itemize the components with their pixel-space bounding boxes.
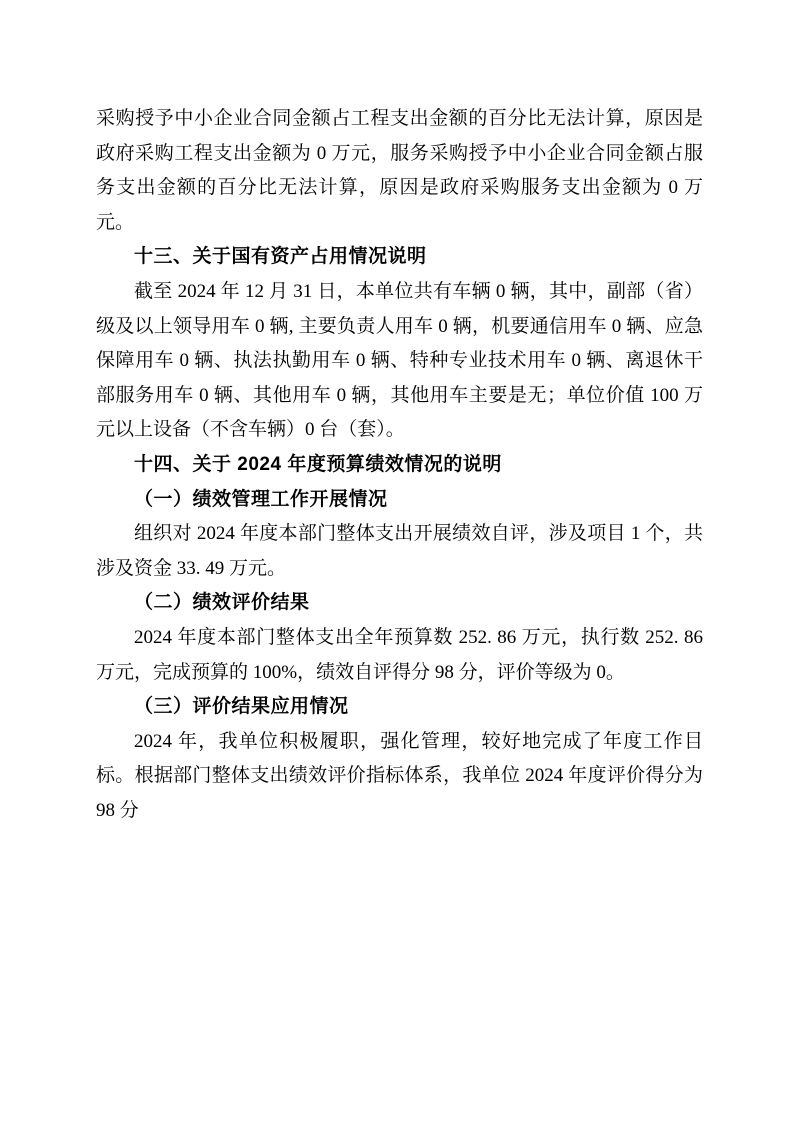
section-heading: 十三、关于国有资产占用情况说明 <box>96 240 703 275</box>
document-page: 采购授予中小企业合同金额占工程支出金额的百分比无法计算，原因是政府采购工程支出金… <box>0 0 793 1122</box>
document-body: 采购授予中小企业合同金额占工程支出金额的百分比无法计算，原因是政府采购工程支出金… <box>96 102 703 828</box>
body-paragraph: 2024 年，我单位积极履职，强化管理，较好地完成了年度工作目标。根据部门整体支… <box>96 725 703 829</box>
section-heading: （一）绩效管理工作开展情况 <box>96 483 703 518</box>
section-heading: （二）绩效评价结果 <box>96 586 703 621</box>
section-heading: （三）评价结果应用情况 <box>96 690 703 725</box>
body-paragraph: 采购授予中小企业合同金额占工程支出金额的百分比无法计算，原因是政府采购工程支出金… <box>96 102 703 240</box>
body-paragraph: 截至 2024 年 12 月 31 日，本单位共有车辆 0 辆，其中，副部（省）… <box>96 275 703 448</box>
body-paragraph: 2024 年度本部门整体支出全年预算数 252. 86 万元，执行数 252. … <box>96 621 703 690</box>
body-paragraph: 组织对 2024 年度本部门整体支出开展绩效自评，涉及项目 1 个，共涉及资金 … <box>96 517 703 586</box>
section-heading: 十四、关于 2024 年度预算绩效情况的说明 <box>96 448 703 483</box>
